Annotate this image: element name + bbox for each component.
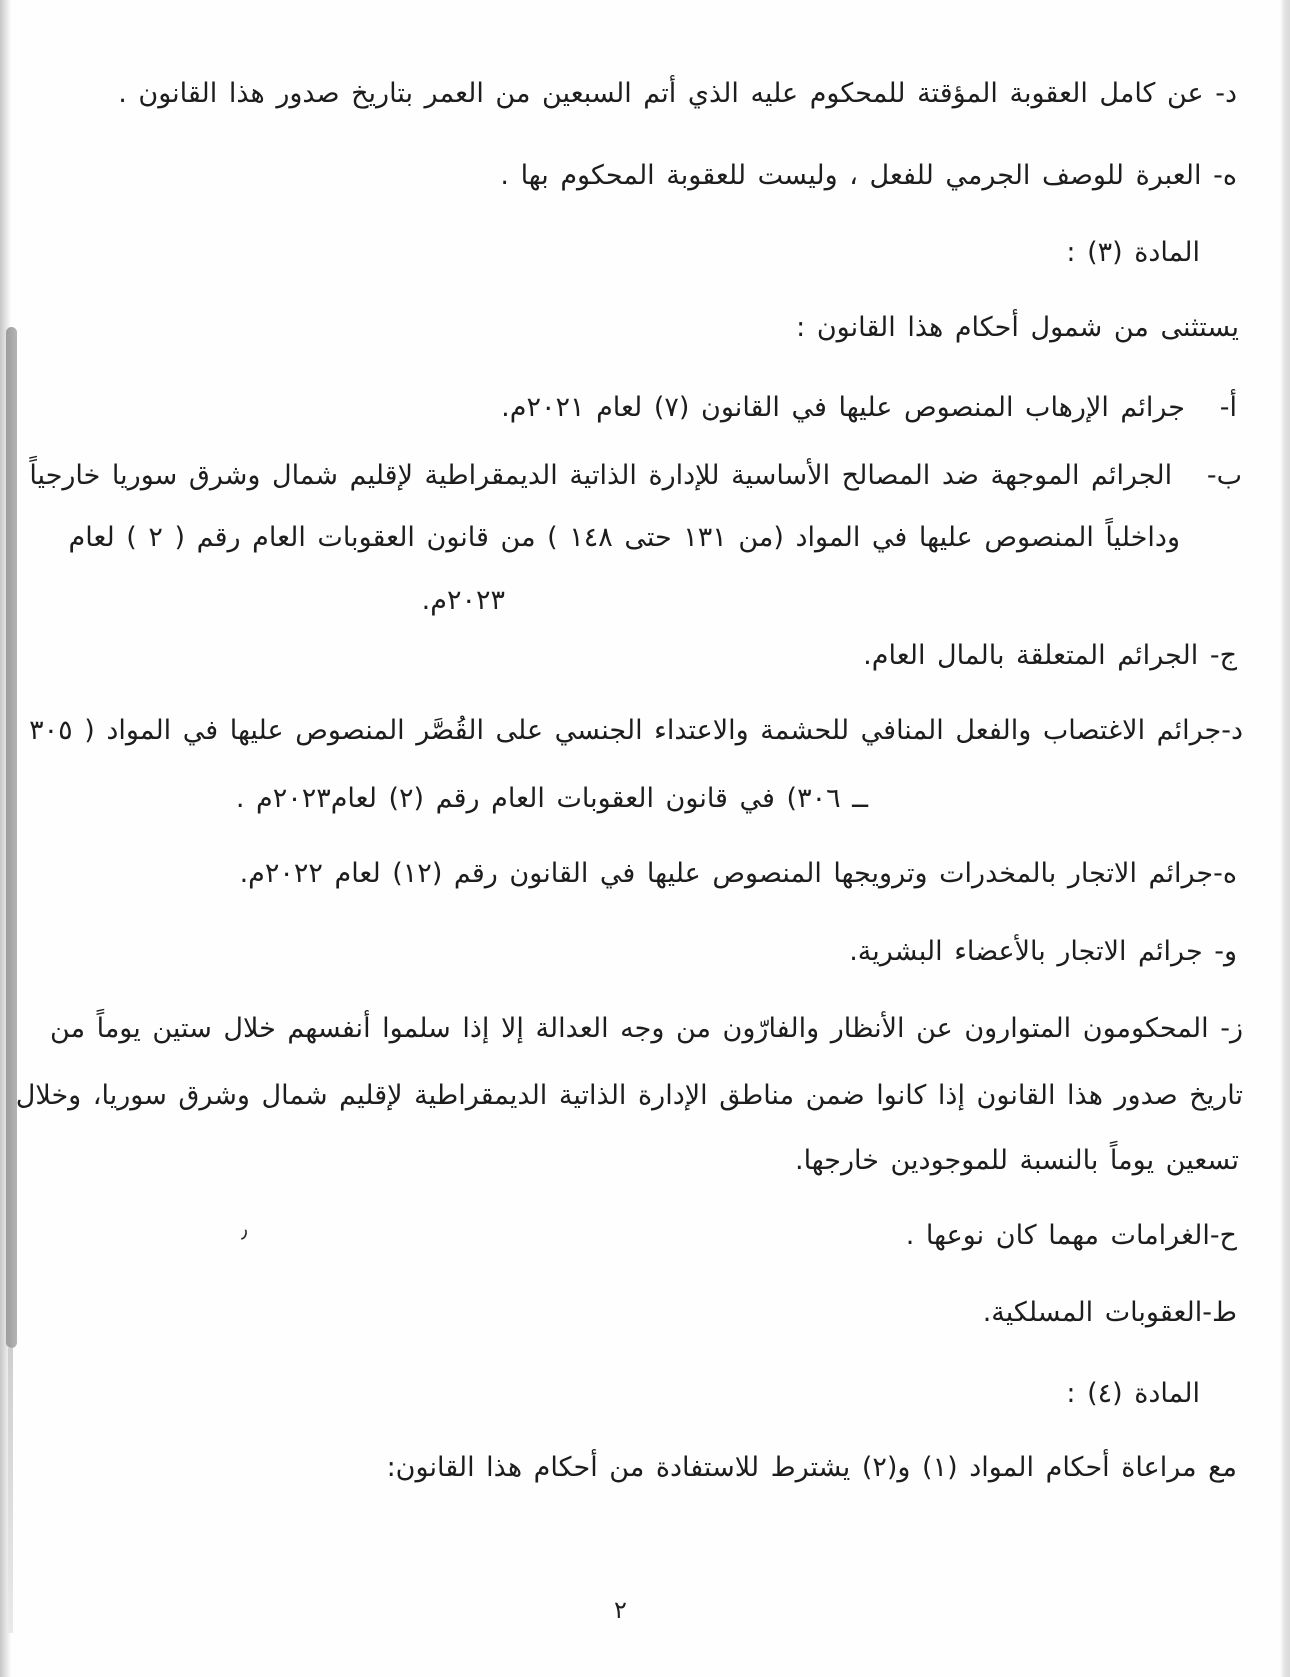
- list-item-d-line1: د-جرائم الاغتصاب والفعل المنافي للحشمة و…: [29, 715, 1243, 746]
- article-3-heading: المادة (٣) :: [1066, 237, 1200, 268]
- scanned-document-page: د- عن كامل العقوبة المؤقتة للمحكوم عليه …: [0, 0, 1290, 1677]
- list-item-t-penalties: ط-العقوبات المسلكية.: [983, 1297, 1237, 1328]
- list-item-h-drugs: ه-جرائم الاتجار بالمخدرات وترويجها المنص…: [240, 858, 1237, 889]
- list-item-w-organs: و- جرائم الاتجار بالأعضاء البشرية.: [849, 936, 1237, 967]
- list-item-b-line2: وداخلياً المنصوص عليها في المواد (من ١٣١…: [69, 522, 1180, 553]
- scrollbar-thumb[interactable]: [6, 327, 17, 1348]
- list-item-a: أ- جرائم الإرهاب المنصوص عليها في القانو…: [501, 392, 1237, 423]
- list-item-z-line1: ز- المحكومون المتوارون عن الأنظار والفار…: [50, 1013, 1243, 1044]
- article-3-intro: يستثنى من شمول أحكام هذا القانون :: [796, 312, 1239, 343]
- scrollbar-track-tail: [8, 1348, 13, 1633]
- paragraph-clause-d: د- عن كامل العقوبة المؤقتة للمحكوم عليه …: [118, 78, 1237, 109]
- list-item-b-line1: ب- الجرائم الموجهة ضد المصالح الأساسية ل…: [29, 460, 1242, 491]
- paragraph-clause-h: ه- العبرة للوصف الجرمي للفعل ، وليست للع…: [500, 160, 1237, 191]
- list-item-b-line3: ٢٠٢٣م.: [422, 585, 505, 616]
- article-4-heading: المادة (٤) :: [1066, 1378, 1200, 1409]
- ink-smudge-mark: ٫: [238, 1218, 249, 1244]
- list-item-j: ج- الجرائم المتعلقة بالمال العام.: [863, 640, 1237, 671]
- list-item-z-line3: تسعين يوماً بالنسبة للموجودين خارجها.: [795, 1145, 1239, 1176]
- page-number: ٢: [614, 1596, 627, 1624]
- page-edge-right: [1280, 0, 1290, 1677]
- list-item-d-line2: ــ ٣٠٦) في قانون العقوبات العام رقم (٢) …: [236, 783, 868, 814]
- list-item-z-line2: تاريخ صدور هذا القانون إذا كانوا ضمن منا…: [16, 1080, 1243, 1111]
- article-4-intro: مع مراعاة أحكام المواد (١) و(٢) يشترط لل…: [387, 1452, 1237, 1483]
- list-item-hh-fines: ح-الغرامات مهما كان نوعها .: [906, 1220, 1237, 1251]
